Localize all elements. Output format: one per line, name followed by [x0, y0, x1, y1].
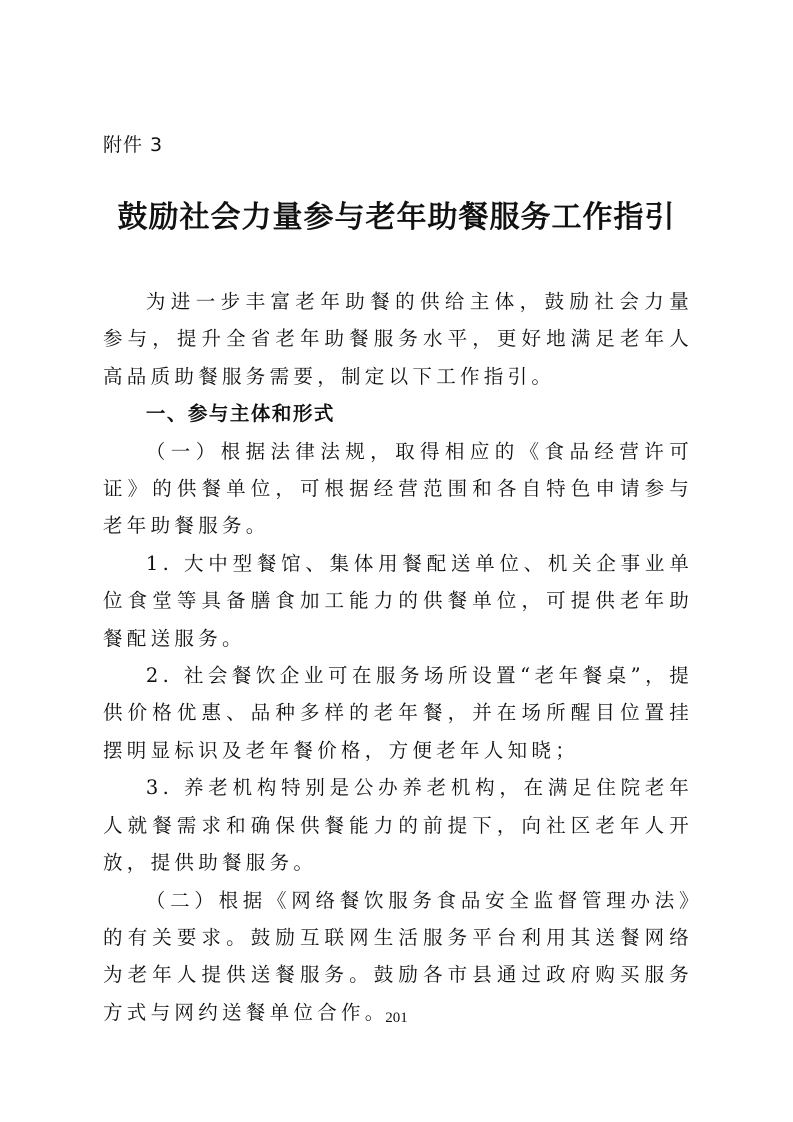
section-heading-participants: 一、参与主体和形式: [103, 395, 693, 432]
paragraph-item-1: （一）根据法律法规，取得相应的《食品经营许可证》的供餐单位，可根据经营范围和各自…: [103, 433, 693, 545]
intro-paragraph: 为进一步丰富老年助餐的供给主体，鼓励社会力量参与，提升全省老年助餐服务水平，更好…: [103, 283, 693, 395]
document-page: 附件 3 鼓励社会力量参与老年助餐服务工作指引 为进一步丰富老年助餐的供给主体，…: [0, 0, 793, 1122]
document-title: 鼓励社会力量参与老年助餐服务工作指引: [0, 198, 793, 238]
paragraph-subitem-2: 2. 社会餐饮企业可在服务场所设置“老年餐桌”，提供价格优惠、品种多样的老年餐，…: [103, 657, 693, 769]
paragraph-subitem-1: 1. 大中型餐馆、集体用餐配送单位、机关企事业单位食堂等具备膳食加工能力的供餐单…: [103, 545, 693, 657]
paragraph-subitem-3: 3. 养老机构特别是公办养老机构，在满足住院老年人就餐需求和确保供餐能力的前提下…: [103, 769, 693, 881]
attachment-label: 附件 3: [103, 133, 163, 157]
page-number: 201: [0, 1008, 793, 1028]
document-body: 为进一步丰富老年助餐的供给主体，鼓励社会力量参与，提升全省老年助餐服务水平，更好…: [103, 283, 693, 1031]
